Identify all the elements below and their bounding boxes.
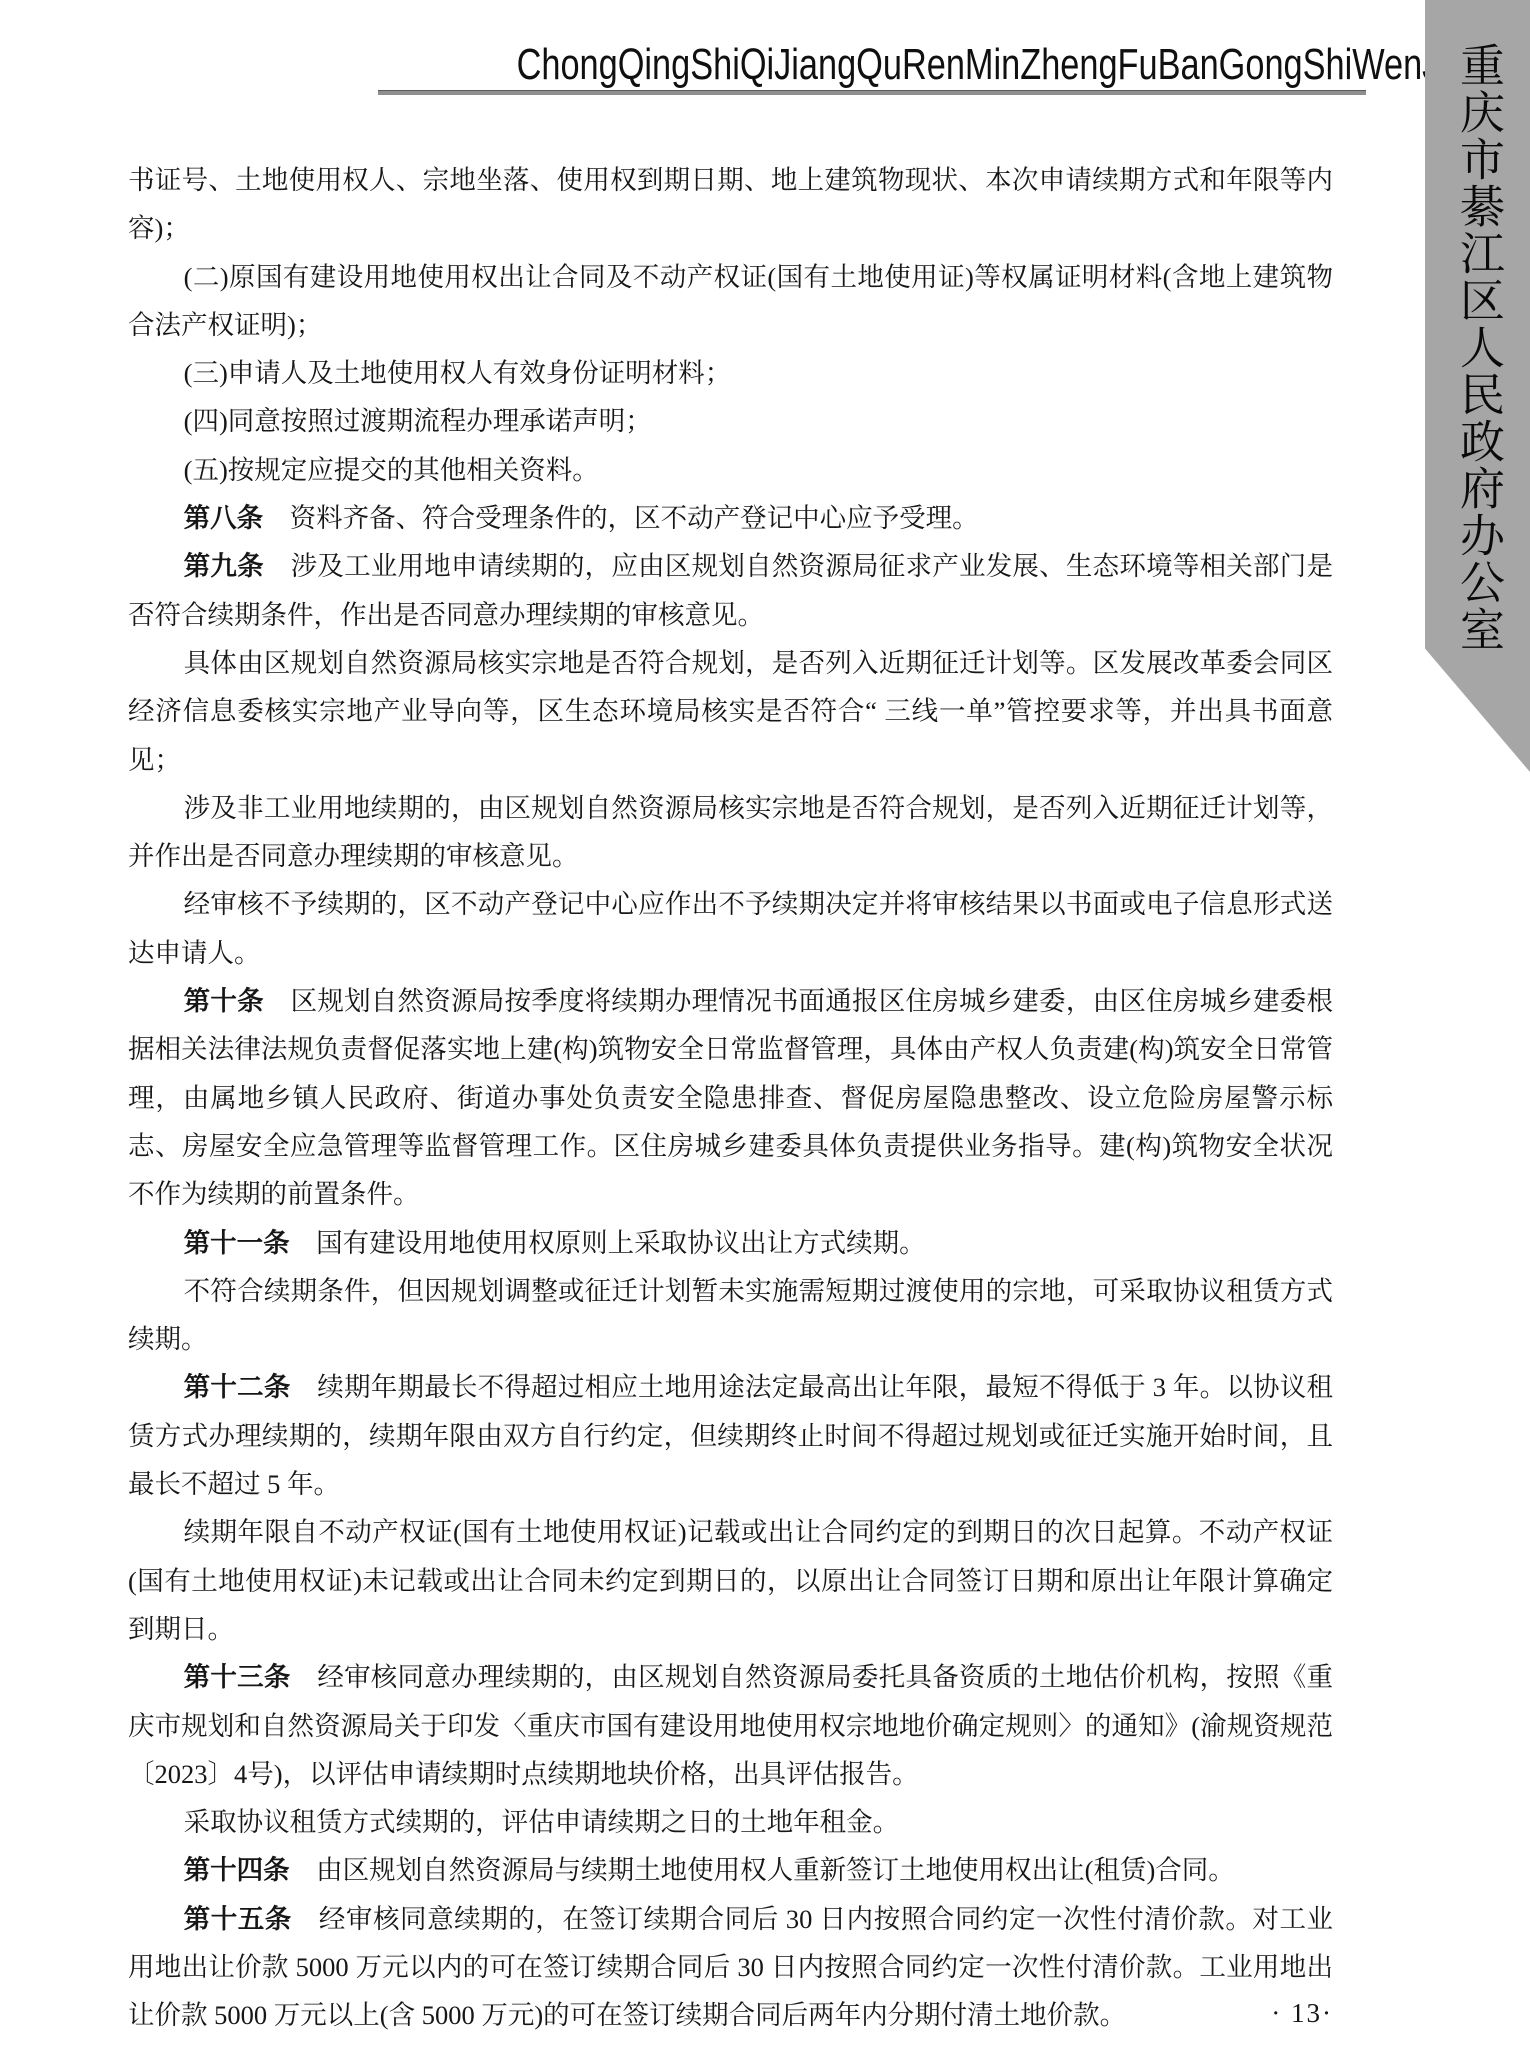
paragraph: (四)同意按照过渡期流程办理承诺声明； — [128, 397, 1333, 445]
paragraph: 第十四条 由区规划自然资源局与续期土地使用权人重新签订土地使用权出让(租赁)合同… — [128, 1846, 1333, 1894]
paragraph: 采取协议租赁方式续期的，评估申请续期之日的土地年租金。 — [128, 1798, 1333, 1846]
paragraph: 具体由区规划自然资源局核实宗地是否符合规划，是否列入近期征迁计划等。区发展改革委… — [128, 639, 1333, 784]
paragraph: (二)原国有建设用地使用权出让合同及不动产权证(国有土地使用证)等权属证明材料(… — [128, 253, 1333, 350]
article-number: 第十二条 — [184, 1372, 291, 1402]
paragraph: 第十二条 续期年期最长不得超过相应土地用途法定最高出让年限，最短不得低于 3 年… — [128, 1363, 1333, 1508]
article-number: 第十一条 — [184, 1228, 290, 1258]
paragraph: 书证号、土地使用权人、宗地坐落、使用权到期日期、地上建筑物现状、本次申请续期方式… — [128, 156, 1333, 253]
sidebar-vertical-title: 重庆市綦江区人民政府办公室文件 — [1425, 42, 1530, 682]
article-number: 第十三条 — [184, 1662, 291, 1692]
article-number: 第十条 — [184, 986, 264, 1016]
header-romanized-title-text: ChongQingShiQiJiangQuRenMinZhengFuBanGon… — [517, 40, 1486, 90]
article-number: 第八条 — [184, 503, 264, 533]
paragraph: (三)申请人及土地使用权人有效身份证明材料； — [128, 349, 1333, 397]
paragraph: 第十一条 国有建设用地使用权原则上采取协议出让方式续期。 — [128, 1219, 1333, 1267]
article-number: 第九条 — [184, 551, 264, 581]
header-rule — [378, 90, 1366, 95]
sidebar-ribbon: 重庆市綦江区人民政府办公室文件 — [1425, 0, 1530, 772]
paragraph: 第十三条 经审核同意办理续期的，由区规划自然资源局委托具备资质的土地估价机构，按… — [128, 1653, 1333, 1798]
paragraph: 续期年限自不动产权证(国有土地使用权证)记载或出让合同约定的到期日的次日起算。不… — [128, 1508, 1333, 1653]
paragraph: 经审核不予续期的，区不动产登记中心应作出不予续期决定并将审核结果以书面或电子信息… — [128, 880, 1333, 977]
paragraph: 涉及非工业用地续期的，由区规划自然资源局核实宗地是否符合规划，是否列入近期征迁计… — [128, 784, 1333, 881]
paragraph: 第九条 涉及工业用地申请续期的，应由区规划自然资源局征求产业发展、生态环境等相关… — [128, 542, 1333, 639]
paragraph: (五)按规定应提交的其他相关资料。 — [128, 446, 1333, 494]
paragraph: 第八条 资料齐备、符合受理条件的，区不动产登记中心应予受理。 — [128, 494, 1333, 542]
document-body: 书证号、土地使用权人、宗地坐落、使用权到期日期、地上建筑物现状、本次申请续期方式… — [128, 156, 1333, 2040]
document-page: ChongQingShiQiJiangQuRenMinZhengFuBanGon… — [0, 0, 1530, 2062]
page-number: · 13· — [128, 1998, 1333, 2029]
paragraph: 不符合续期条件，但因规划调整或征迁计划暂未实施需短期过渡使用的宗地，可采取协议租… — [128, 1267, 1333, 1364]
article-number: 第十四条 — [184, 1855, 290, 1885]
header-romanized-title: ChongQingShiQiJiangQuRenMinZhengFuBanGon… — [380, 40, 1368, 90]
article-number: 第十五条 — [184, 1904, 292, 1934]
paragraph: 第十条 区规划自然资源局按季度将续期办理情况书面通报区住房城乡建委，由区住房城乡… — [128, 977, 1333, 1218]
